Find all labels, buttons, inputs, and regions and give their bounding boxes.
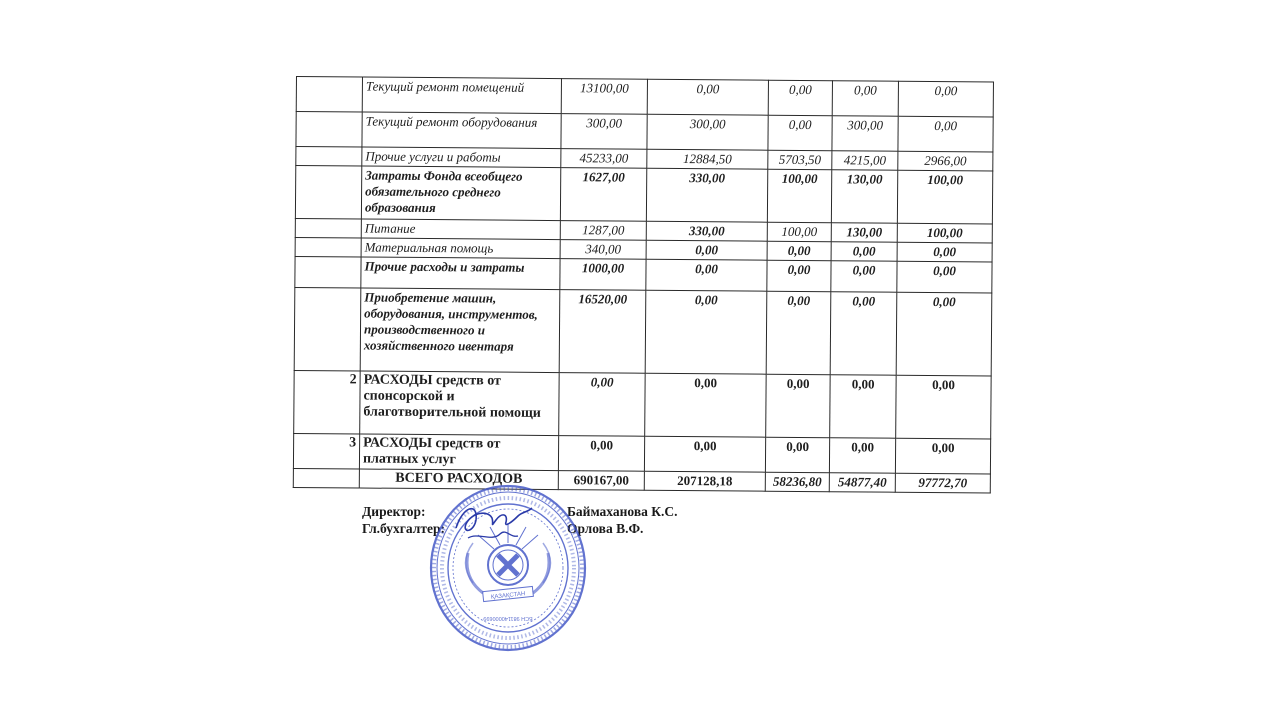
cell-q2: 0,00 bbox=[766, 374, 830, 438]
table-row: 2 РАСХОДЫ средств от спонсорской и благо… bbox=[294, 370, 991, 438]
cell-q3: 0,00 bbox=[830, 375, 896, 439]
table-row: Затраты Фонда всеобщего обязательного ср… bbox=[295, 166, 992, 224]
document-page: Текущий ремонт помещений 13100,00 0,00 0… bbox=[293, 76, 996, 493]
cell-q2: 100,00 bbox=[767, 169, 831, 223]
cell-total: 1287,00 bbox=[560, 221, 646, 241]
row-label: РАСХОДЫ средств от спонсорской и благотв… bbox=[360, 371, 559, 436]
cell-q3: 0,00 bbox=[829, 438, 895, 474]
cell-q3: 4215,00 bbox=[832, 151, 898, 171]
table-row: 3 РАСХОДЫ средств от платных услуг 0,00 … bbox=[293, 433, 990, 473]
cell-q4: 2966,00 bbox=[898, 151, 993, 171]
cell-q4: 0,00 bbox=[898, 81, 993, 117]
row-number bbox=[295, 166, 361, 220]
cell-q4: 100,00 bbox=[897, 223, 992, 243]
cell-q1: 0,00 bbox=[645, 373, 766, 437]
cell-q3: 0,00 bbox=[831, 242, 897, 262]
table-row: Текущий ремонт оборудования 300,00 300,0… bbox=[296, 112, 993, 152]
cell-q4: 0,00 bbox=[898, 116, 993, 152]
cell-total: 0,00 bbox=[559, 373, 645, 437]
cell-q3: 300,00 bbox=[832, 116, 898, 152]
cell-q1: 12884,50 bbox=[647, 149, 768, 169]
cell-q1: 330,00 bbox=[646, 168, 767, 222]
cell-q2: 0,00 bbox=[767, 241, 831, 261]
cell-q1: 0,00 bbox=[647, 79, 768, 115]
cell-total: 1627,00 bbox=[560, 168, 646, 222]
cell-q4: 0,00 bbox=[897, 261, 992, 293]
cell-total: 300,00 bbox=[561, 114, 647, 150]
row-number bbox=[295, 256, 361, 288]
row-number bbox=[296, 112, 362, 148]
svg-text:БСН 981140000699: БСН 981140000699 bbox=[483, 615, 532, 621]
row-number bbox=[296, 147, 362, 167]
row-label: Прочие расходы и затраты bbox=[361, 257, 560, 290]
cell-q4: 0,00 bbox=[897, 242, 992, 262]
cell-total: 1000,00 bbox=[560, 259, 646, 291]
cell-q4: 0,00 bbox=[895, 438, 990, 474]
cell-q1: 0,00 bbox=[644, 436, 765, 472]
grand-total-q4: 97772,70 bbox=[895, 473, 990, 493]
signature-role: Директор: bbox=[362, 503, 426, 520]
cell-q2: 0,00 bbox=[768, 115, 832, 151]
cell-q1: 0,00 bbox=[646, 240, 767, 260]
row-number: 2 bbox=[294, 370, 360, 434]
cell-q4: 100,00 bbox=[897, 170, 992, 224]
cell-q1: 0,00 bbox=[646, 259, 767, 291]
grand-total-q1: 207128,18 bbox=[644, 471, 765, 491]
grand-total-row: ВСЕГО РАСХОДОВ 690167,00 207128,18 58236… bbox=[293, 468, 990, 492]
cell-q2: 0,00 bbox=[765, 437, 829, 473]
cell-q3: 130,00 bbox=[831, 170, 897, 224]
cell-q3: 0,00 bbox=[832, 81, 898, 117]
row-label: Текущий ремонт помещений bbox=[362, 77, 561, 114]
cell-q2: 0,00 bbox=[768, 80, 832, 116]
cell-q3: 0,00 bbox=[831, 261, 897, 293]
cell-total: 340,00 bbox=[560, 240, 646, 260]
row-label: Приобретение машин, оборудования, инстру… bbox=[360, 288, 560, 373]
row-number bbox=[293, 468, 359, 488]
cell-q2: 100,00 bbox=[767, 222, 831, 242]
row-number bbox=[294, 287, 361, 371]
cell-q1: 0,00 bbox=[645, 290, 767, 374]
cell-q1: 330,00 bbox=[646, 221, 767, 241]
row-label: Прочие услуги и работы bbox=[362, 147, 561, 168]
cell-q2: 0,00 bbox=[766, 291, 831, 375]
grand-total-q2: 58236,80 bbox=[765, 472, 829, 492]
cell-q3: 130,00 bbox=[831, 223, 897, 243]
row-number: 3 bbox=[293, 433, 359, 469]
row-label: Текущий ремонт оборудования bbox=[362, 112, 561, 149]
row-label: Питание bbox=[361, 219, 560, 240]
table-row: Текущий ремонт помещений 13100,00 0,00 0… bbox=[296, 77, 993, 117]
expense-table: Текущий ремонт помещений 13100,00 0,00 0… bbox=[293, 76, 994, 493]
cell-q4: 0,00 bbox=[896, 292, 992, 376]
grand-total-q3: 54877,40 bbox=[829, 473, 895, 493]
cell-total: 45233,00 bbox=[561, 149, 647, 169]
row-label: Затраты Фонда всеобщего обязательного ср… bbox=[361, 166, 560, 221]
cell-q1: 300,00 bbox=[647, 114, 768, 150]
table-row: Приобретение машин, оборудования, инстру… bbox=[294, 287, 992, 375]
row-label: Материальная помощь bbox=[361, 238, 560, 259]
cell-q3: 0,00 bbox=[830, 292, 897, 376]
row-label: РАСХОДЫ средств от платных услуг bbox=[359, 434, 558, 471]
row-number bbox=[296, 77, 362, 113]
cell-q2: 0,00 bbox=[767, 260, 831, 292]
cell-q2: 5703,50 bbox=[768, 150, 832, 170]
cell-total: 13100,00 bbox=[561, 79, 647, 115]
cell-total: 16520,00 bbox=[559, 290, 646, 374]
row-number bbox=[295, 237, 361, 257]
row-number bbox=[295, 218, 361, 238]
cell-total: 0,00 bbox=[558, 436, 644, 472]
cell-q4: 0,00 bbox=[896, 375, 991, 439]
handwritten-signature-icon bbox=[448, 498, 538, 553]
